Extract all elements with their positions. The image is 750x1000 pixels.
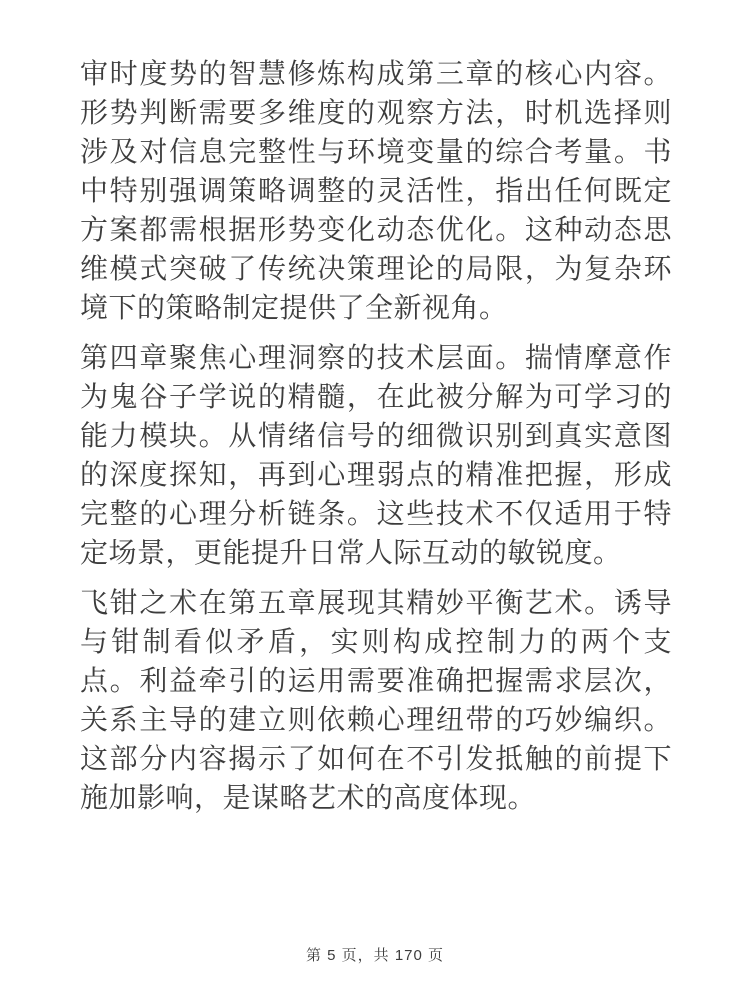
- page-content: 审时度势的智慧修炼构成第三章的核心内容。形势判断需要多维度的观察方法，时机选择则…: [80, 54, 672, 828]
- paragraph-chapter4: 第四章聚焦心理洞察的技术层面。揣情摩意作为鬼谷子学说的精髓，在此被分解为可学习的…: [80, 338, 672, 572]
- document-page: 审时度势的智慧修炼构成第三章的核心内容。形势判断需要多维度的观察方法，时机选择则…: [0, 0, 750, 1000]
- paragraph-chapter5: 飞钳之术在第五章展现其精妙平衡艺术。诱导与钳制看似矛盾，实则构成控制力的两个支点…: [80, 583, 672, 817]
- paragraph-chapter3: 审时度势的智慧修炼构成第三章的核心内容。形势判断需要多维度的观察方法，时机选择则…: [80, 54, 672, 327]
- page-footer: 第 5 页，共 170 页: [0, 944, 750, 965]
- page-number-label: 第 5 页，共 170 页: [306, 947, 444, 964]
